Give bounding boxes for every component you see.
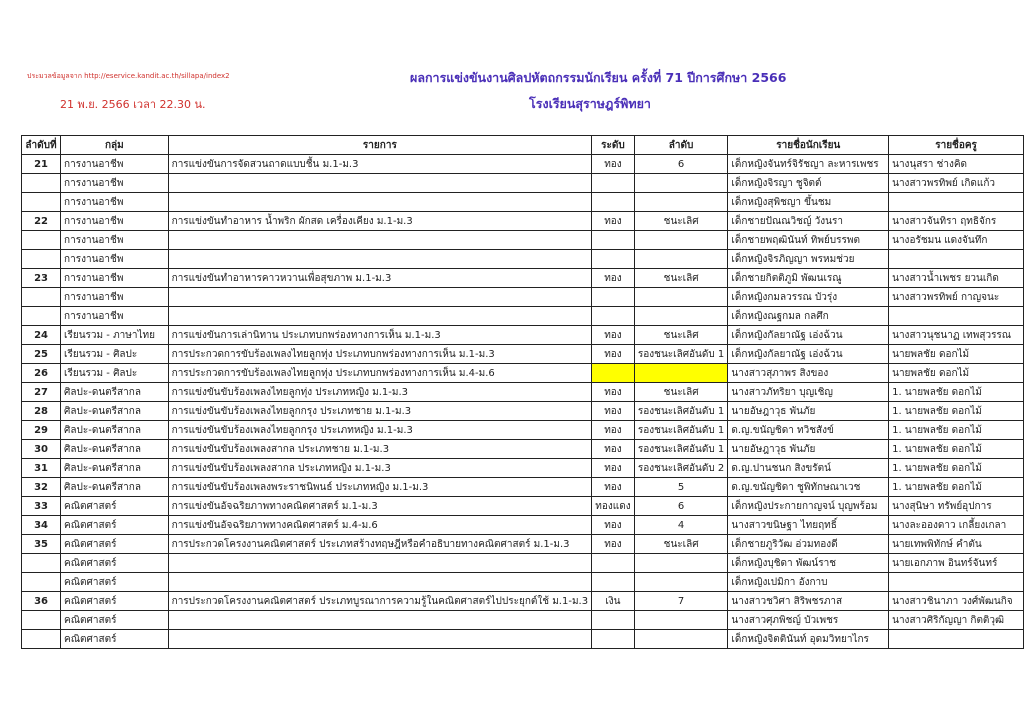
cell-level: [592, 193, 635, 212]
cell-level: ทอง: [592, 269, 635, 288]
cell-item: [168, 231, 591, 250]
table-row: 21การงานอาชีพการแข่งขันการจัดสวนถาดแบบชื…: [22, 155, 1024, 174]
cell-item: [168, 573, 591, 592]
cell-group: การงานอาชีพ: [61, 193, 169, 212]
cell-item: การแข่งขันขับร้องเพลงพระราชนิพนธ์ ประเภท…: [168, 478, 591, 497]
cell-student: เด็กหญิงเปมิกา อังกาบ: [728, 573, 889, 592]
cell-rank: [634, 231, 728, 250]
cell-group: การงานอาชีพ: [61, 250, 169, 269]
cell-teacher: [889, 307, 1024, 326]
cell-item: การแข่งขันขับร้องเพลงไทยลูกกรุง ประเภทหญ…: [168, 421, 591, 440]
column-header-group: กลุ่ม: [61, 136, 169, 155]
cell-no: 25: [22, 345, 61, 364]
cell-rank: [634, 288, 728, 307]
cell-teacher: [889, 193, 1024, 212]
cell-group: คณิตศาสตร์: [61, 497, 169, 516]
column-header-teachers: รายชื่อครู: [889, 136, 1024, 155]
cell-level: [592, 554, 635, 573]
table-row: 29ศิลปะ-ดนตรีสากลการแข่งขันขับร้องเพลงไท…: [22, 421, 1024, 440]
cell-teacher: [889, 250, 1024, 269]
table-row: 26เรียนรวม - ศิลปะการประกวดการขับร้องเพล…: [22, 364, 1024, 383]
cell-group: การงานอาชีพ: [61, 155, 169, 174]
cell-rank: รองชนะเลิศอันดับ 1: [634, 421, 728, 440]
table-header-row: ลำดับที่ กลุ่ม รายการ ระดับ ลำดับ รายชื่…: [22, 136, 1024, 155]
cell-no: [22, 630, 61, 649]
cell-item: การประกวดโครงงานคณิตศาสตร์ ประเภทบูรณากา…: [168, 592, 591, 611]
cell-level: [592, 364, 635, 383]
cell-student: เด็กหญิงจันทร์จิรัชญา ละหารเพชร: [728, 155, 889, 174]
cell-group: คณิตศาสตร์: [61, 516, 169, 535]
cell-teacher: 1. นายพลชัย ดอกไม้: [889, 421, 1024, 440]
table-row: การงานอาชีพเด็กหญิงจิรญา ชูจิตต์นางสาวพร…: [22, 174, 1024, 193]
cell-no: 22: [22, 212, 61, 231]
cell-group: การงานอาชีพ: [61, 231, 169, 250]
cell-item: [168, 250, 591, 269]
cell-level: [592, 231, 635, 250]
cell-student: เด็กหญิงประกายกาญจน์ บุญพร้อม: [728, 497, 889, 516]
cell-group: การงานอาชีพ: [61, 174, 169, 193]
cell-rank: [634, 250, 728, 269]
table-row: 23การงานอาชีพการแข่งขันทำอาหารคาวหวานเพื…: [22, 269, 1024, 288]
cell-teacher: นางสาวจันทิรา ฤทธิจักร: [889, 212, 1024, 231]
cell-level: ทอง: [592, 478, 635, 497]
cell-student: เด็กหญิงกัลยาณัฐ เอ่งฉ้วน: [728, 345, 889, 364]
table-row: การงานอาชีพเด็กชายพฤฒินันท์ ทิพย์บรรพตนา…: [22, 231, 1024, 250]
cell-rank: [634, 174, 728, 193]
column-header-students: รายชื่อนักเรียน: [728, 136, 889, 155]
column-header-rank: ลำดับ: [634, 136, 728, 155]
cell-level: [592, 174, 635, 193]
table-row: 31ศิลปะ-ดนตรีสากลการแข่งขันขับร้องเพลงสา…: [22, 459, 1024, 478]
cell-level: ทอง: [592, 459, 635, 478]
cell-group: เรียนรวม - ศิลปะ: [61, 364, 169, 383]
cell-no: 21: [22, 155, 61, 174]
cell-teacher: นายเอกภาพ อินทร์จันทร์: [889, 554, 1024, 573]
cell-student: เด็กหญิงบุชิดา พัฒน์ราช: [728, 554, 889, 573]
cell-group: ศิลปะ-ดนตรีสากล: [61, 383, 169, 402]
cell-level: ทอง: [592, 402, 635, 421]
cell-student: ด.ญ.ปานชนก สิงขรัตน์: [728, 459, 889, 478]
cell-rank: [634, 307, 728, 326]
cell-group: ศิลปะ-ดนตรีสากล: [61, 459, 169, 478]
cell-teacher: นางสาวนุชนาฏ เทพสุวรรณ: [889, 326, 1024, 345]
cell-item: [168, 288, 591, 307]
table-row: 36คณิตศาสตร์การประกวดโครงงานคณิตศาสตร์ ป…: [22, 592, 1024, 611]
cell-rank: [634, 554, 728, 573]
cell-rank: [634, 611, 728, 630]
cell-rank: ชนะเลิศ: [634, 383, 728, 402]
cell-student: เด็กชายพฤฒินันท์ ทิพย์บรรพต: [728, 231, 889, 250]
cell-no: 31: [22, 459, 61, 478]
cell-rank: 6: [634, 497, 728, 516]
cell-student: เด็กชายปัณณวิชญ์ วังนรา: [728, 212, 889, 231]
column-header-no: ลำดับที่: [22, 136, 61, 155]
cell-student: นางสาวขนิษฐา ไทยฤทธิ์: [728, 516, 889, 535]
cell-no: 26: [22, 364, 61, 383]
cell-item: การแข่งขันขับร้องเพลงไทยลูกกรุง ประเภทชา…: [168, 402, 591, 421]
cell-level: ทอง: [592, 535, 635, 554]
cell-item: การแข่งขันการจัดสวนถาดแบบชื้น ม.1-ม.3: [168, 155, 591, 174]
cell-no: 32: [22, 478, 61, 497]
cell-no: [22, 573, 61, 592]
cell-item: [168, 193, 591, 212]
cell-teacher: นางละอองดาว เกลี้ยงเกลา: [889, 516, 1024, 535]
cell-no: [22, 611, 61, 630]
cell-item: การแข่งขันอัจฉริยภาพทางคณิตศาสตร์ ม.4-ม.…: [168, 516, 591, 535]
cell-level: ทอง: [592, 155, 635, 174]
school-name: โรงเรียนสุราษฎร์พิทยา: [410, 94, 770, 114]
cell-rank: ชนะเลิศ: [634, 326, 728, 345]
cell-item: การแข่งขันขับร้องเพลงสากล ประเภทชาย ม.1-…: [168, 440, 591, 459]
cell-student: เด็กหญิงสุพิชญา ขึ้นชม: [728, 193, 889, 212]
table-row: 28ศิลปะ-ดนตรีสากลการแข่งขันขับร้องเพลงไท…: [22, 402, 1024, 421]
cell-group: เรียนรวม - ศิลปะ: [61, 345, 169, 364]
cell-level: ทองแดง: [592, 497, 635, 516]
cell-no: 34: [22, 516, 61, 535]
cell-rank: 4: [634, 516, 728, 535]
cell-no: [22, 288, 61, 307]
cell-group: ศิลปะ-ดนตรีสากล: [61, 440, 169, 459]
results-table: ลำดับที่ กลุ่ม รายการ ระดับ ลำดับ รายชื่…: [21, 135, 1024, 649]
cell-group: การงานอาชีพ: [61, 288, 169, 307]
cell-no: 36: [22, 592, 61, 611]
cell-level: [592, 630, 635, 649]
cell-level: ทอง: [592, 326, 635, 345]
cell-rank: ชนะเลิศ: [634, 212, 728, 231]
cell-student: เด็กหญิงจิรภิญญา พรหมช่วย: [728, 250, 889, 269]
cell-teacher: 1. นายพลชัย ดอกไม้: [889, 383, 1024, 402]
cell-item: การประกวดการขับร้องเพลงไทยลูกทุ่ง ประเภท…: [168, 364, 591, 383]
cell-teacher: นางสาวน้ำเพชร ยวนเกิด: [889, 269, 1024, 288]
cell-no: 33: [22, 497, 61, 516]
cell-rank: รองชนะเลิศอันดับ 1: [634, 402, 728, 421]
cell-rank: รองชนะเลิศอันดับ 1: [634, 440, 728, 459]
cell-teacher: 1. นายพลชัย ดอกไม้: [889, 402, 1024, 421]
cell-student: เด็กหญิงจิตตินันท์ อุดมวิทยาไกร: [728, 630, 889, 649]
cell-rank: [634, 573, 728, 592]
cell-teacher: นางสุนิษา ทรัพย์อุปการ: [889, 497, 1024, 516]
column-header-item: รายการ: [168, 136, 591, 155]
cell-student: เด็กหญิงกมลวรรณ บัวรุ่ง: [728, 288, 889, 307]
report-timestamp: 21 พ.ย. 2566 เวลา 22.30 น.: [60, 95, 206, 113]
cell-no: [22, 193, 61, 212]
cell-student: นางสาวสุภาพร สิงของ: [728, 364, 889, 383]
cell-group: ศิลปะ-ดนตรีสากล: [61, 421, 169, 440]
cell-student: เด็กหญิงกัลยาณัฐ เอ่งฉ้วน: [728, 326, 889, 345]
cell-group: คณิตศาสตร์: [61, 554, 169, 573]
cell-group: คณิตศาสตร์: [61, 592, 169, 611]
table-row: 33คณิตศาสตร์การแข่งขันอัจฉริยภาพทางคณิตศ…: [22, 497, 1024, 516]
table-row: คณิตศาสตร์นางสาวศุภพิชญ์ บัวเพชรนางสาวศิ…: [22, 611, 1024, 630]
cell-level: [592, 250, 635, 269]
cell-no: [22, 231, 61, 250]
cell-item: [168, 630, 591, 649]
cell-group: คณิตศาสตร์: [61, 573, 169, 592]
cell-rank: 7: [634, 592, 728, 611]
cell-group: การงานอาชีพ: [61, 307, 169, 326]
cell-rank: 5: [634, 478, 728, 497]
cell-no: [22, 174, 61, 193]
cell-student: นางสาวศุภพิชญ์ บัวเพชร: [728, 611, 889, 630]
cell-no: [22, 307, 61, 326]
cell-student: เด็กหญิงณฐกมล กลศึก: [728, 307, 889, 326]
cell-teacher: นางสาวชินาภา วงศ์พัฒนกิจ: [889, 592, 1024, 611]
cell-rank: ชนะเลิศ: [634, 535, 728, 554]
cell-student: นายอัษฎาวุธ พันภัย: [728, 440, 889, 459]
table-row: 35คณิตศาสตร์การประกวดโครงงานคณิตศาสตร์ ป…: [22, 535, 1024, 554]
cell-rank: รองชนะเลิศอันดับ 2: [634, 459, 728, 478]
cell-teacher: นายพลชัย ดอกไม้: [889, 345, 1024, 364]
cell-no: [22, 250, 61, 269]
cell-level: [592, 288, 635, 307]
table-row: คณิตศาสตร์เด็กหญิงจิตตินันท์ อุดมวิทยาไก…: [22, 630, 1024, 649]
cell-item: การแข่งขันทำอาหารคาวหวานเพื่อสุขภาพ ม.1-…: [168, 269, 591, 288]
cell-no: 27: [22, 383, 61, 402]
cell-student: เด็กชายกิตติภูมิ พัฒนเรณู: [728, 269, 889, 288]
table-row: 30ศิลปะ-ดนตรีสากลการแข่งขันขับร้องเพลงสา…: [22, 440, 1024, 459]
cell-teacher: 1. นายพลชัย ดอกไม้: [889, 459, 1024, 478]
cell-no: 28: [22, 402, 61, 421]
cell-rank: [634, 364, 728, 383]
cell-group: การงานอาชีพ: [61, 269, 169, 288]
cell-item: การประกวดการขับร้องเพลงไทยลูกทุ่ง ประเภท…: [168, 345, 591, 364]
table-row: คณิตศาสตร์เด็กหญิงบุชิดา พัฒน์ราชนายเอกภ…: [22, 554, 1024, 573]
table-row: การงานอาชีพเด็กหญิงกมลวรรณ บัวรุ่งนางสาว…: [22, 288, 1024, 307]
cell-no: 29: [22, 421, 61, 440]
cell-group: คณิตศาสตร์: [61, 630, 169, 649]
table-row: การงานอาชีพเด็กหญิงณฐกมล กลศึก: [22, 307, 1024, 326]
cell-teacher: 1. นายพลชัย ดอกไม้: [889, 440, 1024, 459]
cell-no: 35: [22, 535, 61, 554]
cell-teacher: นางอรัชมน แดงจันทึก: [889, 231, 1024, 250]
cell-student: ด.ญ.ขนัญชิดา ทวิชสังข์: [728, 421, 889, 440]
table-row: 32ศิลปะ-ดนตรีสากลการแข่งขันขับร้องเพลงพร…: [22, 478, 1024, 497]
cell-level: ทอง: [592, 516, 635, 535]
cell-student: เด็กชายภูริวัฒ อ่วมทองดี: [728, 535, 889, 554]
table-row: การงานอาชีพเด็กหญิงจิรภิญญา พรหมช่วย: [22, 250, 1024, 269]
cell-no: 24: [22, 326, 61, 345]
cell-item: การแข่งขันขับร้องเพลงสากล ประเภทหญิง ม.1…: [168, 459, 591, 478]
cell-group: คณิตศาสตร์: [61, 535, 169, 554]
table-row: 34คณิตศาสตร์การแข่งขันอัจฉริยภาพทางคณิตศ…: [22, 516, 1024, 535]
cell-teacher: นางนุสรา ช่างคิด: [889, 155, 1024, 174]
cell-level: ทอง: [592, 383, 635, 402]
data-source-note: ประมวลข้อมูลจาก http://eservice.kandit.a…: [27, 71, 230, 82]
cell-teacher: [889, 630, 1024, 649]
cell-student: นางสาวภัทริยา บุญเชิญ: [728, 383, 889, 402]
table-row: 22การงานอาชีพการแข่งขันทำอาหาร น้ำพริก ผ…: [22, 212, 1024, 231]
table-row: คณิตศาสตร์เด็กหญิงเปมิกา อังกาบ: [22, 573, 1024, 592]
cell-level: ทอง: [592, 440, 635, 459]
cell-item: [168, 611, 591, 630]
table-row: 27ศิลปะ-ดนตรีสากลการแข่งขันขับร้องเพลงไท…: [22, 383, 1024, 402]
cell-student: เด็กหญิงจิรญา ชูจิตต์: [728, 174, 889, 193]
cell-student: นายอัษฎาวุธ พันภัย: [728, 402, 889, 421]
table-row: 24เรียนรวม - ภาษาไทยการแข่งขันการเล่านิท…: [22, 326, 1024, 345]
cell-item: การประกวดโครงงานคณิตศาสตร์ ประเภทสร้างทฤ…: [168, 535, 591, 554]
cell-teacher: นายเทพพิทักษ์ คำตัน: [889, 535, 1024, 554]
cell-level: ทอง: [592, 421, 635, 440]
cell-rank: [634, 630, 728, 649]
cell-level: ทอง: [592, 212, 635, 231]
table-row: 25เรียนรวม - ศิลปะการประกวดการขับร้องเพล…: [22, 345, 1024, 364]
cell-group: การงานอาชีพ: [61, 212, 169, 231]
cell-student: ด.ญ.ขนัญชิดา ชูพิทักษณาเวช: [728, 478, 889, 497]
cell-rank: [634, 193, 728, 212]
cell-level: [592, 573, 635, 592]
cell-item: การแข่งขันอัจฉริยภาพทางคณิตศาสตร์ ม.1-ม.…: [168, 497, 591, 516]
cell-rank: รองชนะเลิศอันดับ 1: [634, 345, 728, 364]
cell-teacher: นางสาวพรทิพย์ เกิดแก้ว: [889, 174, 1024, 193]
cell-item: การแข่งขันทำอาหาร น้ำพริก ผักสด เครื่องเ…: [168, 212, 591, 231]
cell-student: นางสาวชวิศา สิริพชรภาส: [728, 592, 889, 611]
table-body: 21การงานอาชีพการแข่งขันการจัดสวนถาดแบบชื…: [22, 155, 1024, 649]
cell-level: [592, 307, 635, 326]
cell-item: การแข่งขันการเล่านิทาน ประเภทบกพร่องทางก…: [168, 326, 591, 345]
cell-group: ศิลปะ-ดนตรีสากล: [61, 478, 169, 497]
cell-rank: ชนะเลิศ: [634, 269, 728, 288]
table-row: การงานอาชีพเด็กหญิงสุพิชญา ขึ้นชม: [22, 193, 1024, 212]
cell-rank: 6: [634, 155, 728, 174]
cell-group: คณิตศาสตร์: [61, 611, 169, 630]
cell-item: [168, 554, 591, 573]
cell-level: เงิน: [592, 592, 635, 611]
page-title: ผลการแข่งขันงานศิลปหัตถกรรมนักเรียน ครั้…: [410, 68, 770, 88]
cell-level: [592, 611, 635, 630]
cell-teacher: นายพลชัย ดอกไม้: [889, 364, 1024, 383]
cell-item: [168, 174, 591, 193]
cell-teacher: [889, 573, 1024, 592]
cell-teacher: 1. นายพลชัย ดอกไม้: [889, 478, 1024, 497]
cell-item: [168, 307, 591, 326]
cell-no: 30: [22, 440, 61, 459]
cell-group: เรียนรวม - ภาษาไทย: [61, 326, 169, 345]
cell-item: การแข่งขันขับร้องเพลงไทยลูกทุ่ง ประเภทหญ…: [168, 383, 591, 402]
cell-no: 23: [22, 269, 61, 288]
column-header-level: ระดับ: [592, 136, 635, 155]
cell-teacher: นางสาวศิริกัญญา กิตติวุฒิ: [889, 611, 1024, 630]
cell-no: [22, 554, 61, 573]
cell-group: ศิลปะ-ดนตรีสากล: [61, 402, 169, 421]
cell-level: ทอง: [592, 345, 635, 364]
cell-teacher: นางสาวพรทิพย์ กาญจนะ: [889, 288, 1024, 307]
